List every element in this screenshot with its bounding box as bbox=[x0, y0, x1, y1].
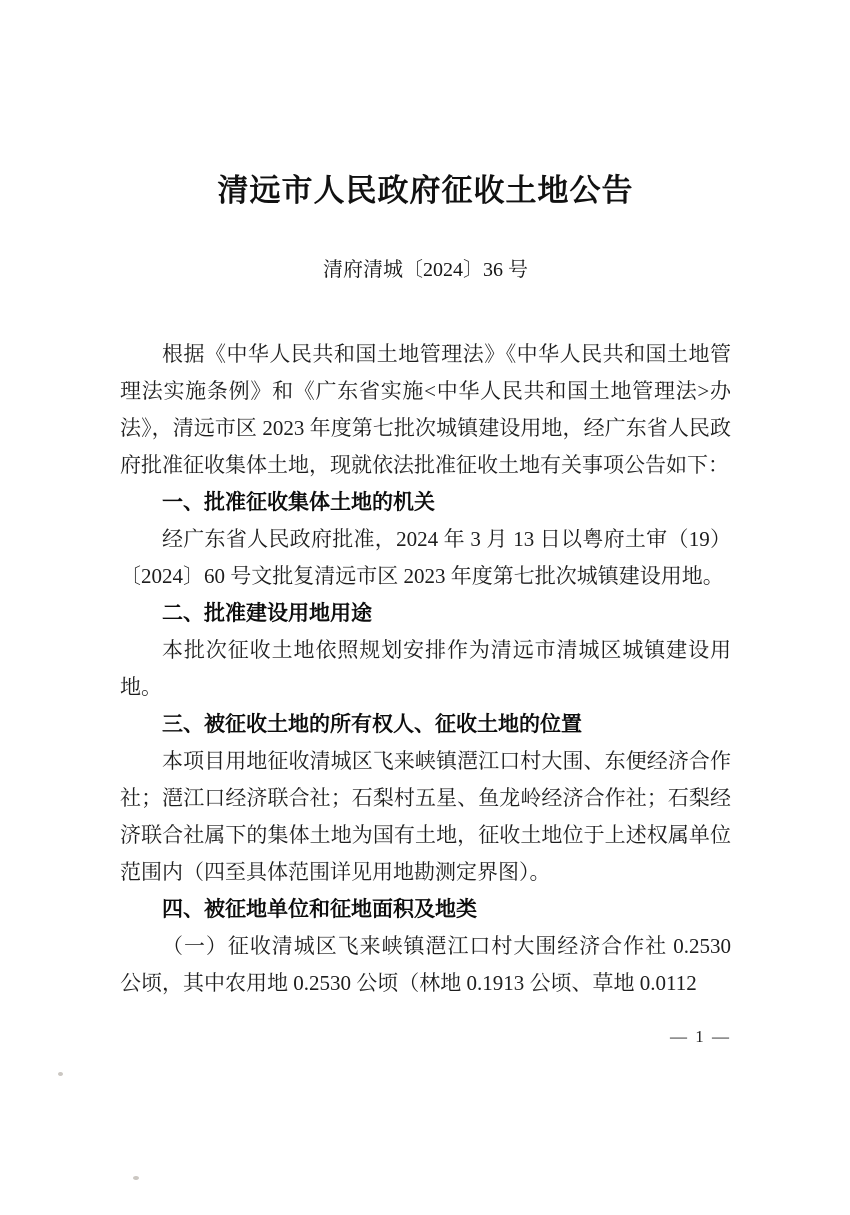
document-page: 清远市人民政府征收土地公告 清府清城〔2024〕36 号 根据《中华人民共和国土… bbox=[0, 0, 850, 1215]
section-heading-4: 四、被征地单位和征地面积及地类 bbox=[120, 891, 731, 928]
scan-speck bbox=[58, 1072, 63, 1076]
section-heading-1: 一、批准征收集体土地的机关 bbox=[120, 484, 731, 521]
document-number: 清府清城〔2024〕36 号 bbox=[120, 257, 731, 283]
intro-paragraph: 根据《中华人民共和国土地管理法》《中华人民共和国土地管理法实施条例》和《广东省实… bbox=[120, 336, 731, 484]
document-body: 根据《中华人民共和国土地管理法》《中华人民共和国土地管理法实施条例》和《广东省实… bbox=[120, 336, 731, 1002]
scan-speck bbox=[133, 1176, 139, 1180]
document-title: 清远市人民政府征收土地公告 bbox=[120, 0, 731, 212]
document-content: 清远市人民政府征收土地公告 清府清城〔2024〕36 号 根据《中华人民共和国土… bbox=[120, 0, 731, 1048]
section-paragraph-3: 本项目用地征收清城区飞来峡镇潖江口村大围、东便经济合作社；潖江口经济联合社；石梨… bbox=[120, 743, 731, 891]
section-paragraph-4: （一）征收清城区飞来峡镇潖江口村大围经济合作社 0.2530 公顷，其中农用地 … bbox=[120, 928, 731, 1002]
section-paragraph-2: 本批次征收土地依照规划安排作为清远市清城区城镇建设用地。 bbox=[120, 632, 731, 706]
section-heading-2: 二、批准建设用地用途 bbox=[120, 595, 731, 632]
page-number: — 1 — bbox=[120, 1026, 731, 1048]
section-paragraph-1: 经广东省人民政府批准，2024 年 3 月 13 日以粤府土审（19）〔2024… bbox=[120, 521, 731, 595]
section-heading-3: 三、被征收土地的所有权人、征收土地的位置 bbox=[120, 706, 731, 743]
